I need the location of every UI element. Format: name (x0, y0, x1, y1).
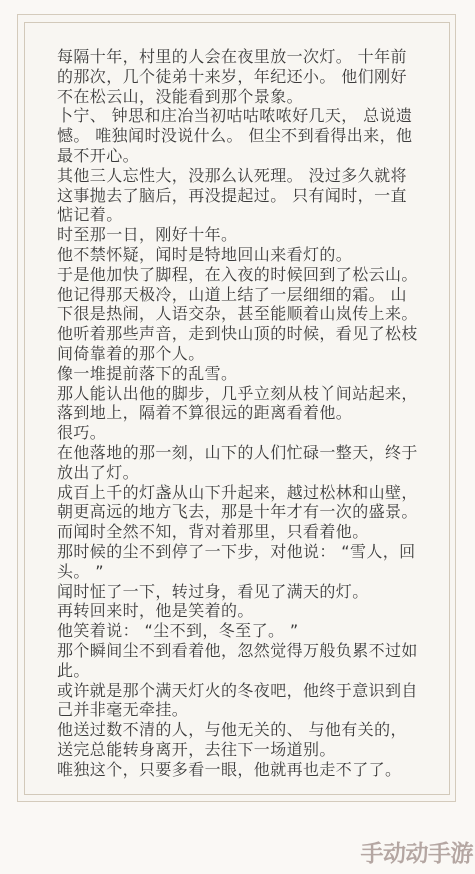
paragraph: 在他落地的那一刻，山下的人们忙碌一整天，终于放出了灯。 (57, 443, 423, 483)
paragraph: 那时候的尘不到停了一下步，对他说： “雪人，回头。 ” (57, 542, 423, 582)
paragraph: 唯独这个，只要多看一眼，他就再也走不了了。 (57, 760, 423, 780)
paragraph: 每隔十年，村里的人会在夜里放一次灯。 十年前的那次，几个徒弟十来岁，年纪还小。 … (57, 47, 423, 106)
paragraph: 于是他加快了脚程，在入夜的时候回到了松云山。 (57, 265, 423, 285)
paragraph: 其他三人忘性大，没那么认死理。 没过多久就将这事抛去了脑后，再没提起过。 只有闻… (57, 166, 423, 225)
watermark-logo: 手动动手游 (361, 841, 474, 867)
paragraph: 那人能认出他的脚步，几乎立刻从枝丫间站起来，落到地上，隔着不算很远的距离看着他。 (57, 384, 423, 424)
paragraph: 或许就是那个满天灯火的冬夜吧，他终于意识到自己并非毫无牵挂。 (57, 681, 423, 721)
paragraph: 时至那一日，刚好十年。 (57, 225, 423, 245)
paragraph: 闻时怔了一下，转过身，看见了满天的灯。 (57, 582, 423, 602)
paragraph: 他听着那些声音，走到快山顶的时候，看见了松枝间倚靠着的那个人。 (57, 324, 423, 364)
paragraph: 成百上千的灯盏从山下升起来，越过松林和山壁，朝更高远的地方飞去，那是十年才有一次… (57, 483, 423, 523)
paragraph: 他记得那天极冷，山道上结了一层细细的霜。 山下很是热闹，人语交杂，甚至能顺着山岚… (57, 285, 423, 325)
paragraph: 很巧。 (57, 423, 423, 443)
paragraph: 他送过数不清的人，与他无关的、 与他有关的，送完总能转身离开，去往下一场道别。 (57, 720, 423, 760)
paragraph: 那个瞬间尘不到看着他，忽然觉得万般负累不过如此。 (57, 641, 423, 681)
story-text: 每隔十年，村里的人会在夜里放一次灯。 十年前的那次，几个徒弟十来岁，年纪还小。 … (57, 47, 423, 779)
paragraph: 而闻时全然不知，背对着那里，只看着他。 (57, 522, 423, 542)
paragraph: 像一堆提前落下的乱雪。 (57, 364, 423, 384)
paragraph: 卜宁、 钟思和庄冶当初咕咕哝哝好几天， 总说遗憾。 唯独闻时没说什么。 但尘不到… (57, 106, 423, 165)
paragraph: 他不禁怀疑，闻时是特地回山来看灯的。 (57, 245, 423, 265)
paragraph: 他笑着说： “尘不到，冬至了。 ” (57, 621, 423, 641)
paragraph: 再转回来时，他是笑着的。 (57, 601, 423, 621)
